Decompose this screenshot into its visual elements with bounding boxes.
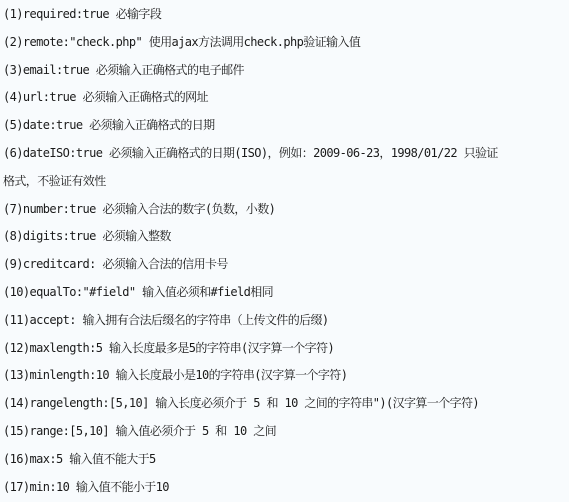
- rule-minlength: (13)minlength:10 输入长度最小是10的字符串(汉字算一个字符): [3, 366, 569, 394]
- rule-max: (16)max:5 输入值不能大于5: [3, 450, 569, 478]
- rule-creditcard: (9)creditcard: 必须输入合法的信用卡号: [3, 255, 569, 283]
- validation-rules-document: (1)required:true 必输字段 (2)remote:"check.p…: [0, 0, 569, 502]
- rule-dateiso-continued: 格式，不验证有效性: [3, 172, 569, 200]
- rule-range: (15)range:[5,10] 输入值必须介于 5 和 10 之间: [3, 422, 569, 450]
- rule-remote: (2)remote:"check.php" 使用ajax方法调用check.ph…: [3, 33, 569, 61]
- rule-equalto: (10)equalTo:"#field" 输入值必须和#field相同: [3, 283, 569, 311]
- rule-dateiso: (6)dateISO:true 必须输入正确格式的日期(ISO)，例如：2009…: [3, 144, 569, 172]
- rule-maxlength: (12)maxlength:5 输入长度最多是5的字符串(汉字算一个字符): [3, 339, 569, 367]
- rule-min: (17)min:10 输入值不能小于10: [3, 478, 569, 502]
- rule-accept: (11)accept: 输入拥有合法后缀名的字符串（上传文件的后缀): [3, 311, 569, 339]
- rule-date: (5)date:true 必须输入正确格式的日期: [3, 116, 569, 144]
- rule-email: (3)email:true 必须输入正确格式的电子邮件: [3, 61, 569, 89]
- rule-number: (7)number:true 必须输入合法的数字(负数，小数): [3, 200, 569, 228]
- rule-rangelength: (14)rangelength:[5,10] 输入长度必须介于 5 和 10 之…: [3, 394, 569, 422]
- rule-required: (1)required:true 必输字段: [3, 5, 569, 33]
- rule-digits: (8)digits:true 必须输入整数: [3, 227, 569, 255]
- rule-url: (4)url:true 必须输入正确格式的网址: [3, 88, 569, 116]
